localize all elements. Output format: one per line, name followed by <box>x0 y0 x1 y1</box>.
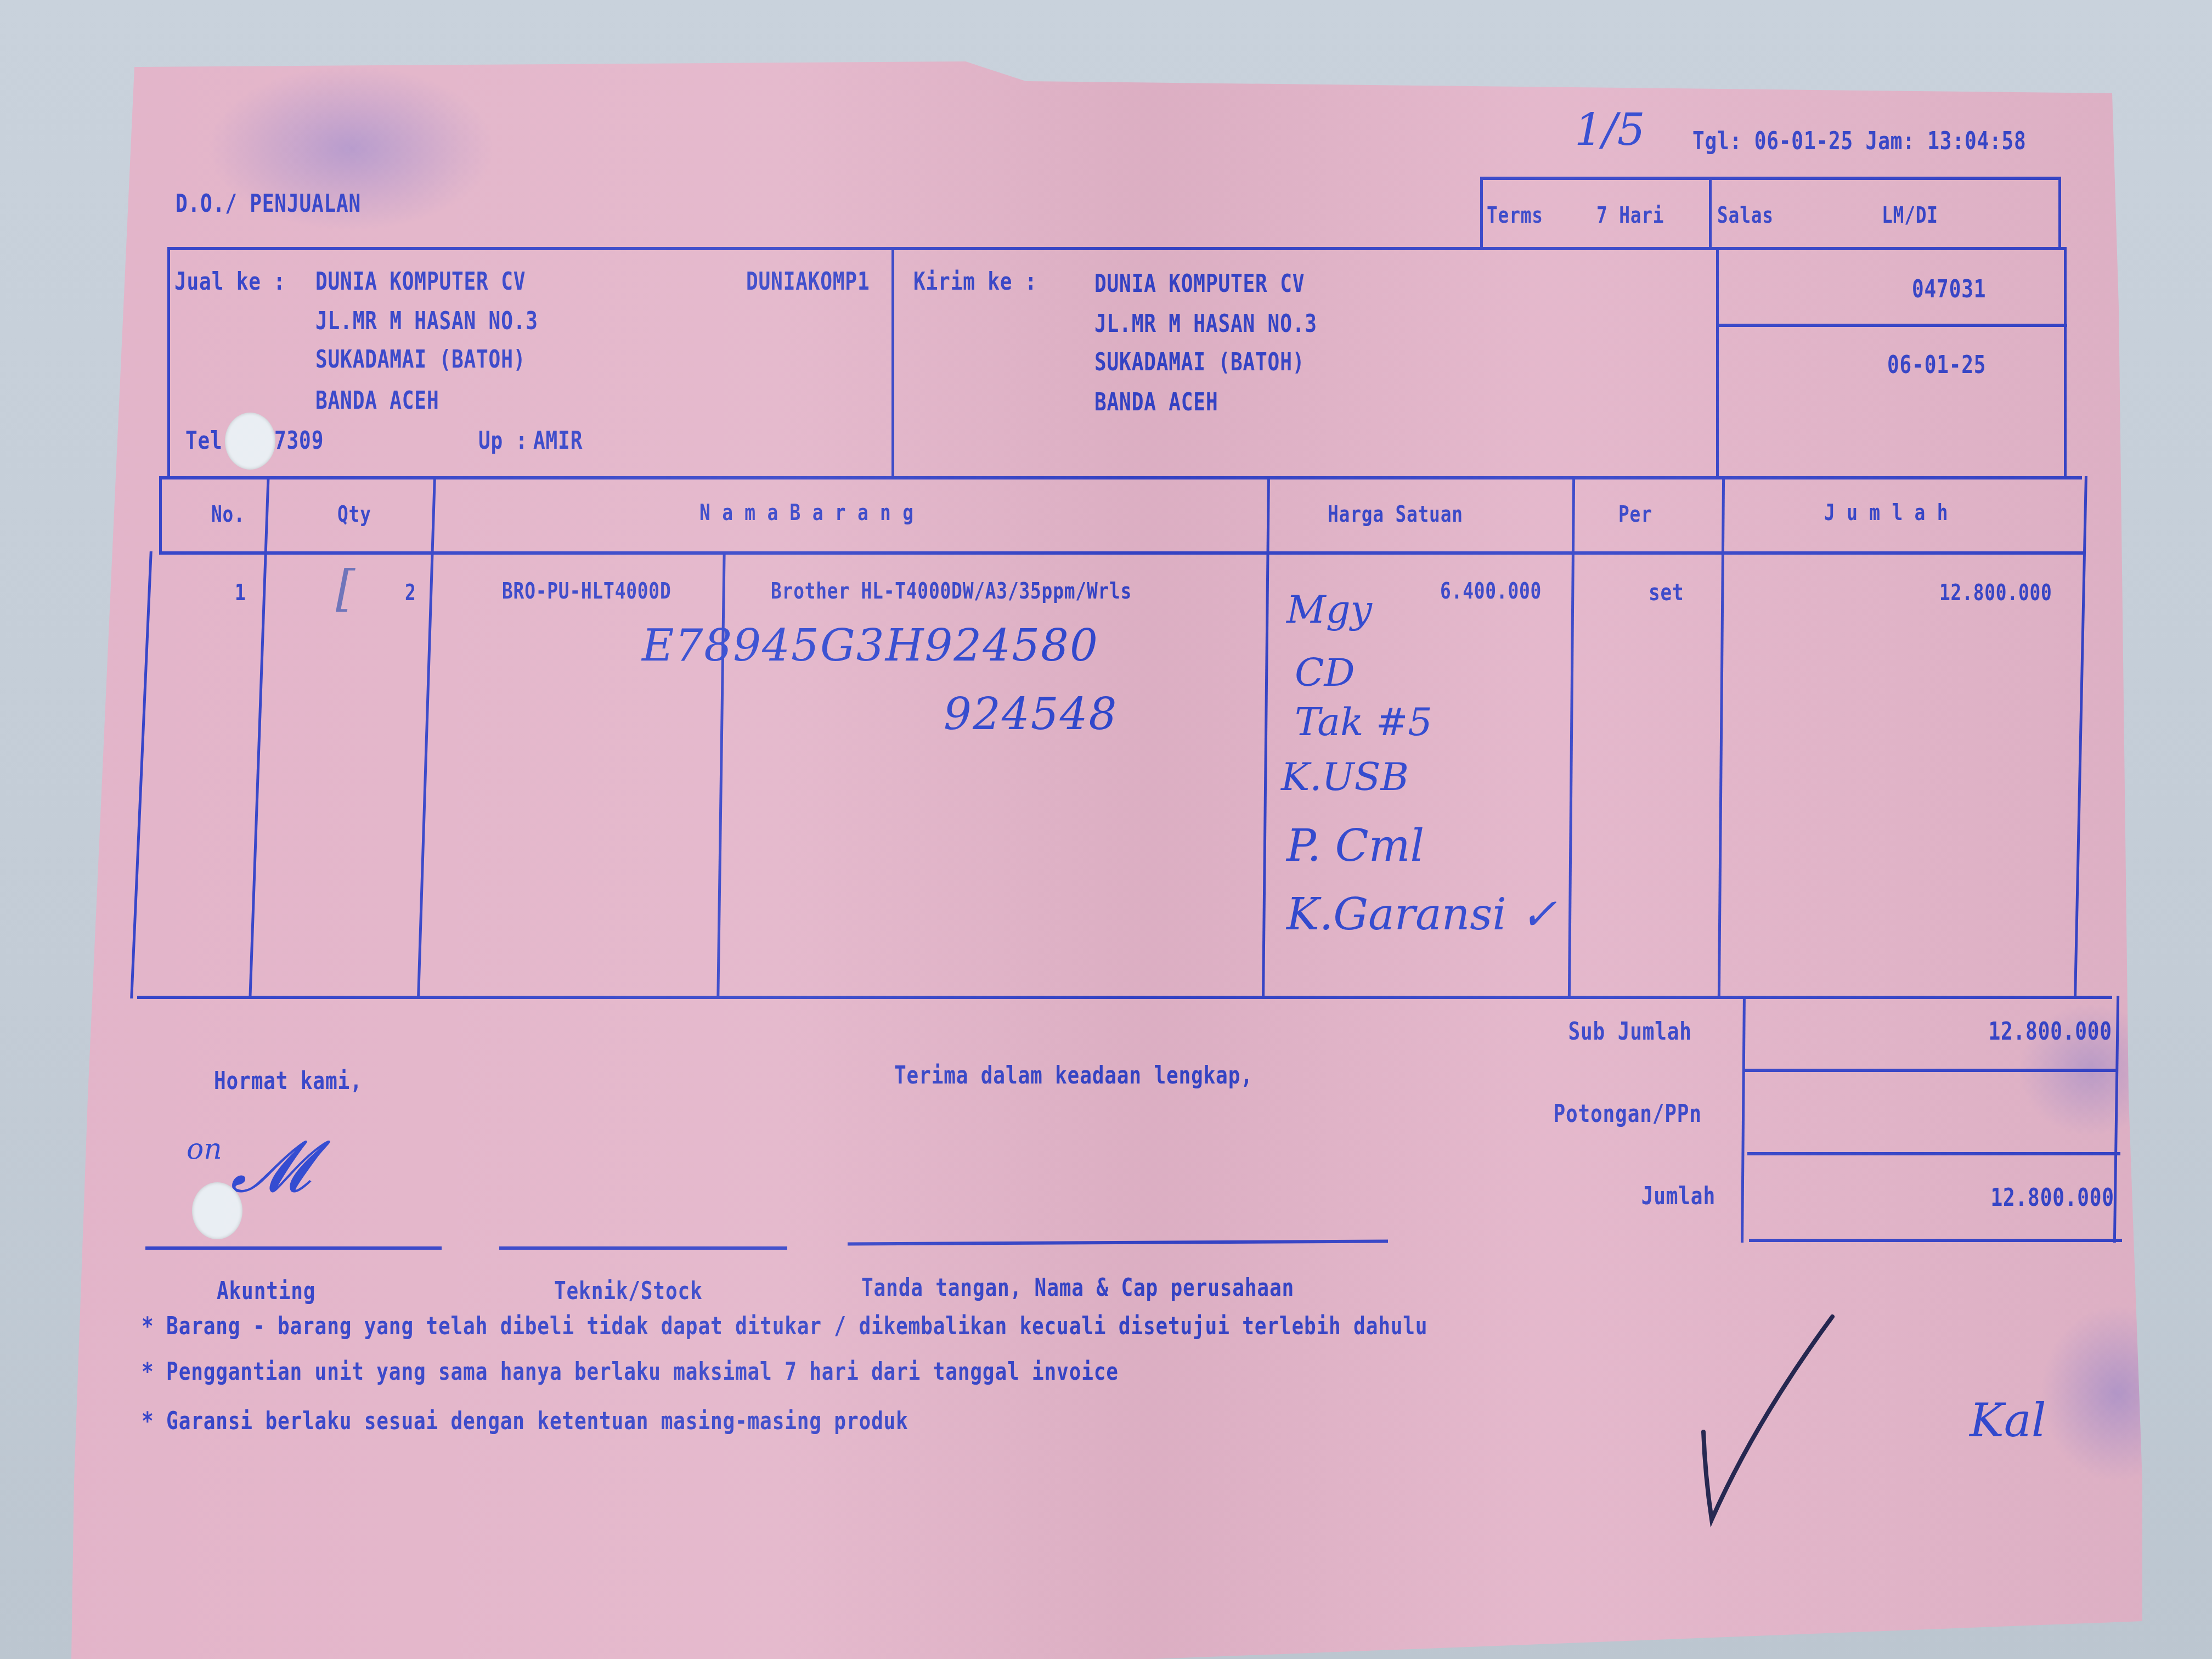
accounting-label: Akunting <box>217 1277 315 1305</box>
signature-line-accounting <box>145 1246 442 1250</box>
subtotal-value: 12.800.000 <box>1989 1018 2112 1046</box>
col-right <box>2074 476 2087 997</box>
note-2: * Penggantian unit yang sama hanya berla… <box>142 1358 1119 1386</box>
company-sign-label: Tanda tangan, Nama & Cap perusahaan <box>861 1274 1294 1302</box>
signature-prefix: on <box>187 1133 222 1166</box>
sold-to-tel-value: 7309 <box>274 427 324 455</box>
sold-to-code: DUNIAKOMP1 <box>746 268 870 296</box>
address-box-right <box>2064 247 2067 477</box>
header-item-name: N a m a B a r a n g <box>699 500 914 526</box>
terms-box-left <box>1480 177 1483 248</box>
total-label: Jumlah <box>1641 1182 1716 1210</box>
header-no: No. <box>211 502 245 527</box>
header-unit-price: Harga Satuan <box>1328 502 1463 527</box>
row-1-amount: 12.800.000 <box>1939 580 2052 606</box>
totals-box-right <box>2113 996 2119 1243</box>
sold-to-address-1: JL.MR M HASAN NO.3 <box>315 307 538 335</box>
sales-label: Salas <box>1717 203 1774 228</box>
signature-scribble: 𝓜 <box>230 1125 311 1209</box>
checklist-item: P. Cml <box>1286 820 1424 871</box>
sold-to-up-label: Up : <box>478 427 528 455</box>
sold-to-tel-label: Tel <box>185 427 223 455</box>
table-header-bottom <box>159 551 2085 555</box>
handwritten-initials: Kal <box>1970 1393 2046 1447</box>
document-type-label: D.O./ PENJUALAN <box>176 190 361 218</box>
ship-to-address-1: JL.MR M HASAN NO.3 <box>1094 310 1317 338</box>
terms-box-divider <box>1709 177 1712 248</box>
signature-line-company <box>848 1239 1388 1245</box>
handwritten-serial-1: E78945G3H924580 <box>642 620 1099 671</box>
invoice-date: 06-01-25 <box>1887 351 1986 379</box>
terms-box-top <box>1481 177 2060 180</box>
regards-label: Hormat kami, <box>214 1067 363 1095</box>
sales-value: LM/DI <box>1882 203 1938 228</box>
qty-pencil-mark: [ <box>336 560 355 617</box>
punch-hole <box>225 413 275 470</box>
signature-line-tech-stock <box>499 1246 787 1250</box>
punch-hole <box>192 1182 242 1239</box>
row-1-description: Brother HL-T4000DW/A3/35ppm/Wrls <box>771 579 1132 604</box>
col-qty-name <box>417 476 436 997</box>
col-left <box>159 476 162 553</box>
tech-stock-label: Teknik/Stock <box>554 1277 703 1305</box>
terms-value: 7 Hari <box>1596 203 1664 228</box>
sold-to-label: Jual ke : <box>174 268 286 296</box>
totals-divider-2 <box>1747 1152 2120 1155</box>
checklist-item: K.Garansi ✓ <box>1286 889 1557 940</box>
ship-to-address-2: SUKADAMAI (BATOH) <box>1094 348 1305 376</box>
checklist-item: Tak #5 <box>1295 699 1432 744</box>
ink-smudge <box>2019 1004 2162 1136</box>
col-left-body <box>130 551 153 998</box>
col-per-amount <box>1718 476 1725 997</box>
header-per: Per <box>1618 502 1652 527</box>
ink-smudge <box>208 66 494 230</box>
address-box-divider <box>891 247 894 477</box>
col-name-price <box>1262 476 1270 997</box>
note-3: * Garansi berlaku sesuai dengan ketentua… <box>142 1407 909 1435</box>
row-1-unit-price: 6.400.000 <box>1440 579 1542 604</box>
table-bottom <box>137 996 2112 999</box>
row-1-qty: 2 <box>405 580 416 606</box>
invoice-paper: D.O./ PENJUALAN 1/5 Tgl: 06-01-25 Jam: 1… <box>0 0 2212 1659</box>
received-label: Terima dalam keadaan lengkap, <box>894 1062 1253 1090</box>
checkmark-icon <box>1690 1311 1843 1531</box>
ship-to-city: BANDA ACEH <box>1094 388 1218 416</box>
sold-to-up-value: AMIR <box>533 427 583 455</box>
col-no-qty <box>249 476 269 997</box>
note-1: * Barang - barang yang telah dibeli tida… <box>142 1312 1427 1340</box>
terms-label: Terms <box>1487 203 1543 228</box>
totals-box-left <box>1741 996 1746 1243</box>
sold-to-name: DUNIA KOMPUTER CV <box>315 268 526 296</box>
ship-to-label: Kirim ke : <box>913 268 1037 296</box>
totals-box-bottom <box>1749 1239 2122 1242</box>
address-box-left <box>167 247 170 477</box>
invoice-number: 047031 <box>1912 275 1986 303</box>
checklist-item: Mgy <box>1286 587 1372 632</box>
address-box-top <box>167 247 2066 250</box>
total-value: 12.800.000 <box>1991 1184 2114 1212</box>
invoice-number-divider <box>1716 324 2067 327</box>
date-time: Tgl: 06-01-25 Jam: 13:04:58 <box>1692 127 2027 155</box>
terms-box-right <box>2058 177 2061 248</box>
ship-to-name: DUNIA KOMPUTER CV <box>1094 270 1305 298</box>
header-qty: Qty <box>337 502 371 527</box>
discount-label: Potongan/PPn <box>1553 1100 1702 1128</box>
checklist-item: K.USB <box>1281 754 1409 799</box>
subtotal-label: Sub Jumlah <box>1568 1018 1692 1046</box>
sold-to-city: BANDA ACEH <box>315 387 439 415</box>
sold-to-address-2: SUKADAMAI (BATOH) <box>315 346 526 374</box>
totals-divider-1 <box>1745 1069 2118 1072</box>
row-1-code: BRO-PU-HLT4000D <box>502 579 672 604</box>
row-1-per: set <box>1649 579 1684 606</box>
handwritten-serial-2: 924548 <box>944 689 1118 740</box>
checklist-item: CD <box>1295 650 1355 695</box>
row-1-no: 1 <box>235 580 246 606</box>
col-code-desc <box>716 551 725 997</box>
table-top <box>162 476 2082 479</box>
col-price-per <box>1568 476 1575 997</box>
address-box-divider-right <box>1716 247 1719 477</box>
ink-smudge <box>2041 1306 2194 1481</box>
header-amount: J u m l a h <box>1824 500 1948 526</box>
handwritten-page-mark: 1/5 <box>1575 104 1645 155</box>
